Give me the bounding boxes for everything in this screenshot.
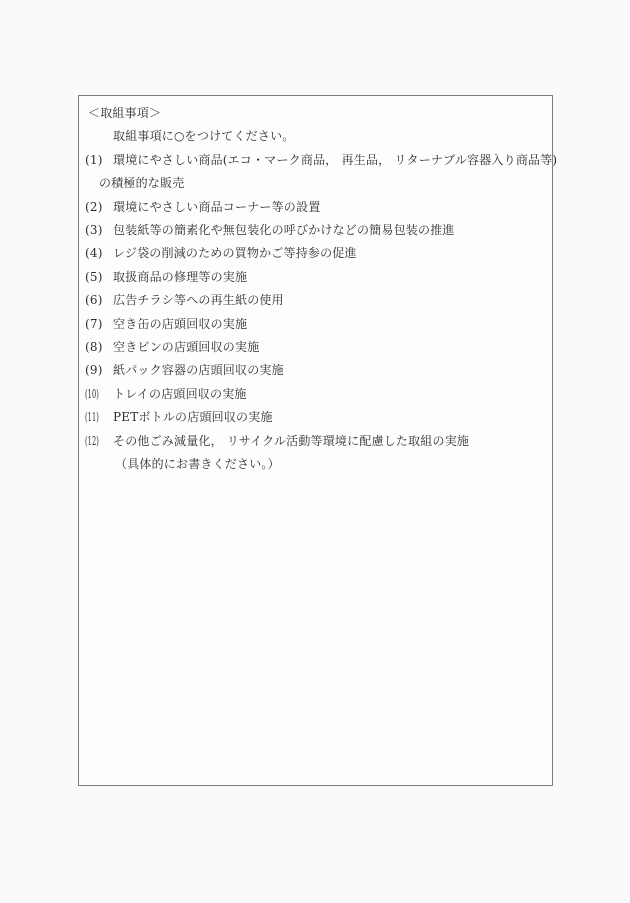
item-number: (6)	[85, 289, 103, 312]
item-text: その他ごみ減量化， リサイクル活動等環境に配慮した取組の実施	[113, 434, 469, 448]
list-item-2: (2) 環境にやさしい商品コーナー等の設置	[79, 196, 552, 219]
list-item-1: (1) 環境にやさしい商品(エコ・マーク商品， 再生品， リターナブル容器入り商…	[79, 149, 552, 172]
item-number: (12)	[85, 430, 99, 453]
item-number: (1)	[85, 149, 103, 172]
list-item-6: (6) 広告チラシ等への再生紙の使用	[79, 289, 552, 312]
list-item-10: (10) トレイの店頭回収の実施	[79, 383, 552, 406]
list-item-8: (8) 空きビンの店頭回収の実施	[79, 336, 552, 359]
item-text: 取扱商品の修理等の実施	[113, 270, 247, 284]
item-text: レジ袋の削減のための買物かご等持参の促進	[113, 246, 357, 260]
item-text: トレイの店頭回収の実施	[113, 387, 247, 401]
list-item-7: (7) 空き缶の店頭回収の実施	[79, 313, 552, 336]
list-item-3: (3) 包装紙等の簡素化や無包装化の呼びかけなどの簡易包装の推進	[79, 219, 552, 242]
item-text: 空きビンの店頭回収の実施	[113, 340, 259, 354]
item-number: (3)	[85, 219, 103, 242]
item-number: (11)	[85, 406, 99, 429]
instruction-text: 取組事項に○をつけてください。	[79, 125, 552, 148]
item-number: (4)	[85, 242, 103, 265]
item-text: PETボトルの店頭回収の実施	[113, 410, 273, 424]
item-text: 環境にやさしい商品(エコ・マーク商品， 再生品， リターナブル容器入り商品等)	[113, 153, 557, 167]
section-heading: ＜取組事項＞	[79, 102, 552, 125]
item-text: 空き缶の店頭回収の実施	[113, 317, 247, 331]
list-item-4: (4) レジ袋の削減のための買物かご等持参の促進	[79, 242, 552, 265]
item-number: (5)	[85, 266, 103, 289]
item-1-continuation: の積極的な販売	[79, 172, 552, 195]
item-text: 環境にやさしい商品コーナー等の設置	[113, 200, 320, 214]
item-12-note: （具体的にお書きください。）	[79, 453, 552, 476]
item-text: 包装紙等の簡素化や無包装化の呼びかけなどの簡易包装の推進	[113, 223, 455, 237]
item-number: (2)	[85, 196, 103, 219]
item-number: (10)	[85, 383, 99, 406]
list-item-11: (11) PETボトルの店頭回収の実施	[79, 406, 552, 429]
item-number: (7)	[85, 313, 103, 336]
document-page: ＜取組事項＞ 取組事項に○をつけてください。 (1) 環境にやさしい商品(エコ・…	[0, 0, 630, 903]
item-number: (8)	[85, 336, 103, 359]
list-item-12: (12) その他ごみ減量化， リサイクル活動等環境に配慮した取組の実施	[79, 430, 552, 453]
initiatives-box: ＜取組事項＞ 取組事項に○をつけてください。 (1) 環境にやさしい商品(エコ・…	[78, 95, 553, 786]
item-text: 広告チラシ等への再生紙の使用	[113, 293, 284, 307]
list-item-5: (5) 取扱商品の修理等の実施	[79, 266, 552, 289]
item-text: 紙パック容器の店頭回収の実施	[113, 363, 284, 377]
list-item-9: (9) 紙パック容器の店頭回収の実施	[79, 359, 552, 382]
item-number: (9)	[85, 359, 103, 382]
